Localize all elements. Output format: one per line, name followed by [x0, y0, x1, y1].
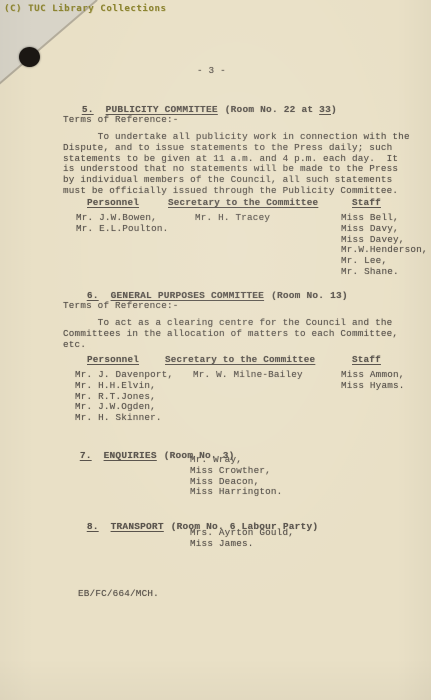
- enquiries-names-list: Mr. Wray, Miss Crowther, Miss Deacon, Mi…: [190, 455, 282, 498]
- section-number: 7.: [80, 450, 92, 461]
- transport-names-list: Mrs. Ayrton Gould, Miss James.: [190, 528, 294, 550]
- table1-header-staff: Staff: [352, 198, 381, 209]
- room-label: (Room No. 13): [271, 290, 348, 301]
- document-reference: EB/FC/664/MCH.: [78, 589, 159, 600]
- terms-of-reference-label: Terms of Reference:-: [63, 301, 179, 312]
- section-number: 8.: [87, 521, 99, 532]
- copyright-watermark: (C) TUC Library Collections: [4, 4, 167, 14]
- table2-header-staff: Staff: [352, 355, 381, 366]
- table2-header-secretary: Secretary to the Committee: [165, 355, 315, 366]
- publicity-terms-paragraph: To undertake all publicity work in conne…: [63, 132, 410, 197]
- table2-header-personnel: Personnel: [87, 355, 139, 366]
- table2-personnel-column: Mr. J. Davenport, Mr. H.H.Elvin, Mr. R.T…: [75, 370, 173, 424]
- room-label: (Room No. 22 at 33): [225, 104, 337, 115]
- general-purposes-terms-paragraph: To act as a clearing centre for the Coun…: [63, 318, 398, 350]
- table2-secretary-column: Mr. W. Milne-Bailey: [193, 370, 303, 381]
- table1-staff-column: Miss Bell, Miss Davy, Miss Davey, Mr.W.H…: [341, 213, 428, 278]
- table1-header-personnel: Personnel: [87, 198, 139, 209]
- section-heading-general-purposes: 6.GENERAL PURPOSES COMMITTEE(Room No. 13…: [75, 280, 348, 302]
- terms-of-reference-label: Terms of Reference:-: [63, 115, 179, 126]
- table1-personnel-column: Mr. J.W.Bowen, Mr. E.L.Poulton.: [76, 213, 168, 235]
- page-number: - 3 -: [197, 66, 226, 77]
- table1-secretary-column: Mr. H. Tracey: [195, 213, 270, 224]
- table1-header-secretary: Secretary to the Committee: [168, 198, 318, 209]
- hole-punch: [19, 47, 40, 67]
- section-heading-publicity: 5.PUBLICITY COMMITTEE(Room No. 22 at 33): [70, 94, 337, 116]
- section-title: TRANSPORT: [111, 521, 164, 532]
- section-title: ENQUIRIES: [104, 450, 157, 461]
- table2-staff-column: Miss Ammon, Miss Hyams.: [341, 370, 405, 392]
